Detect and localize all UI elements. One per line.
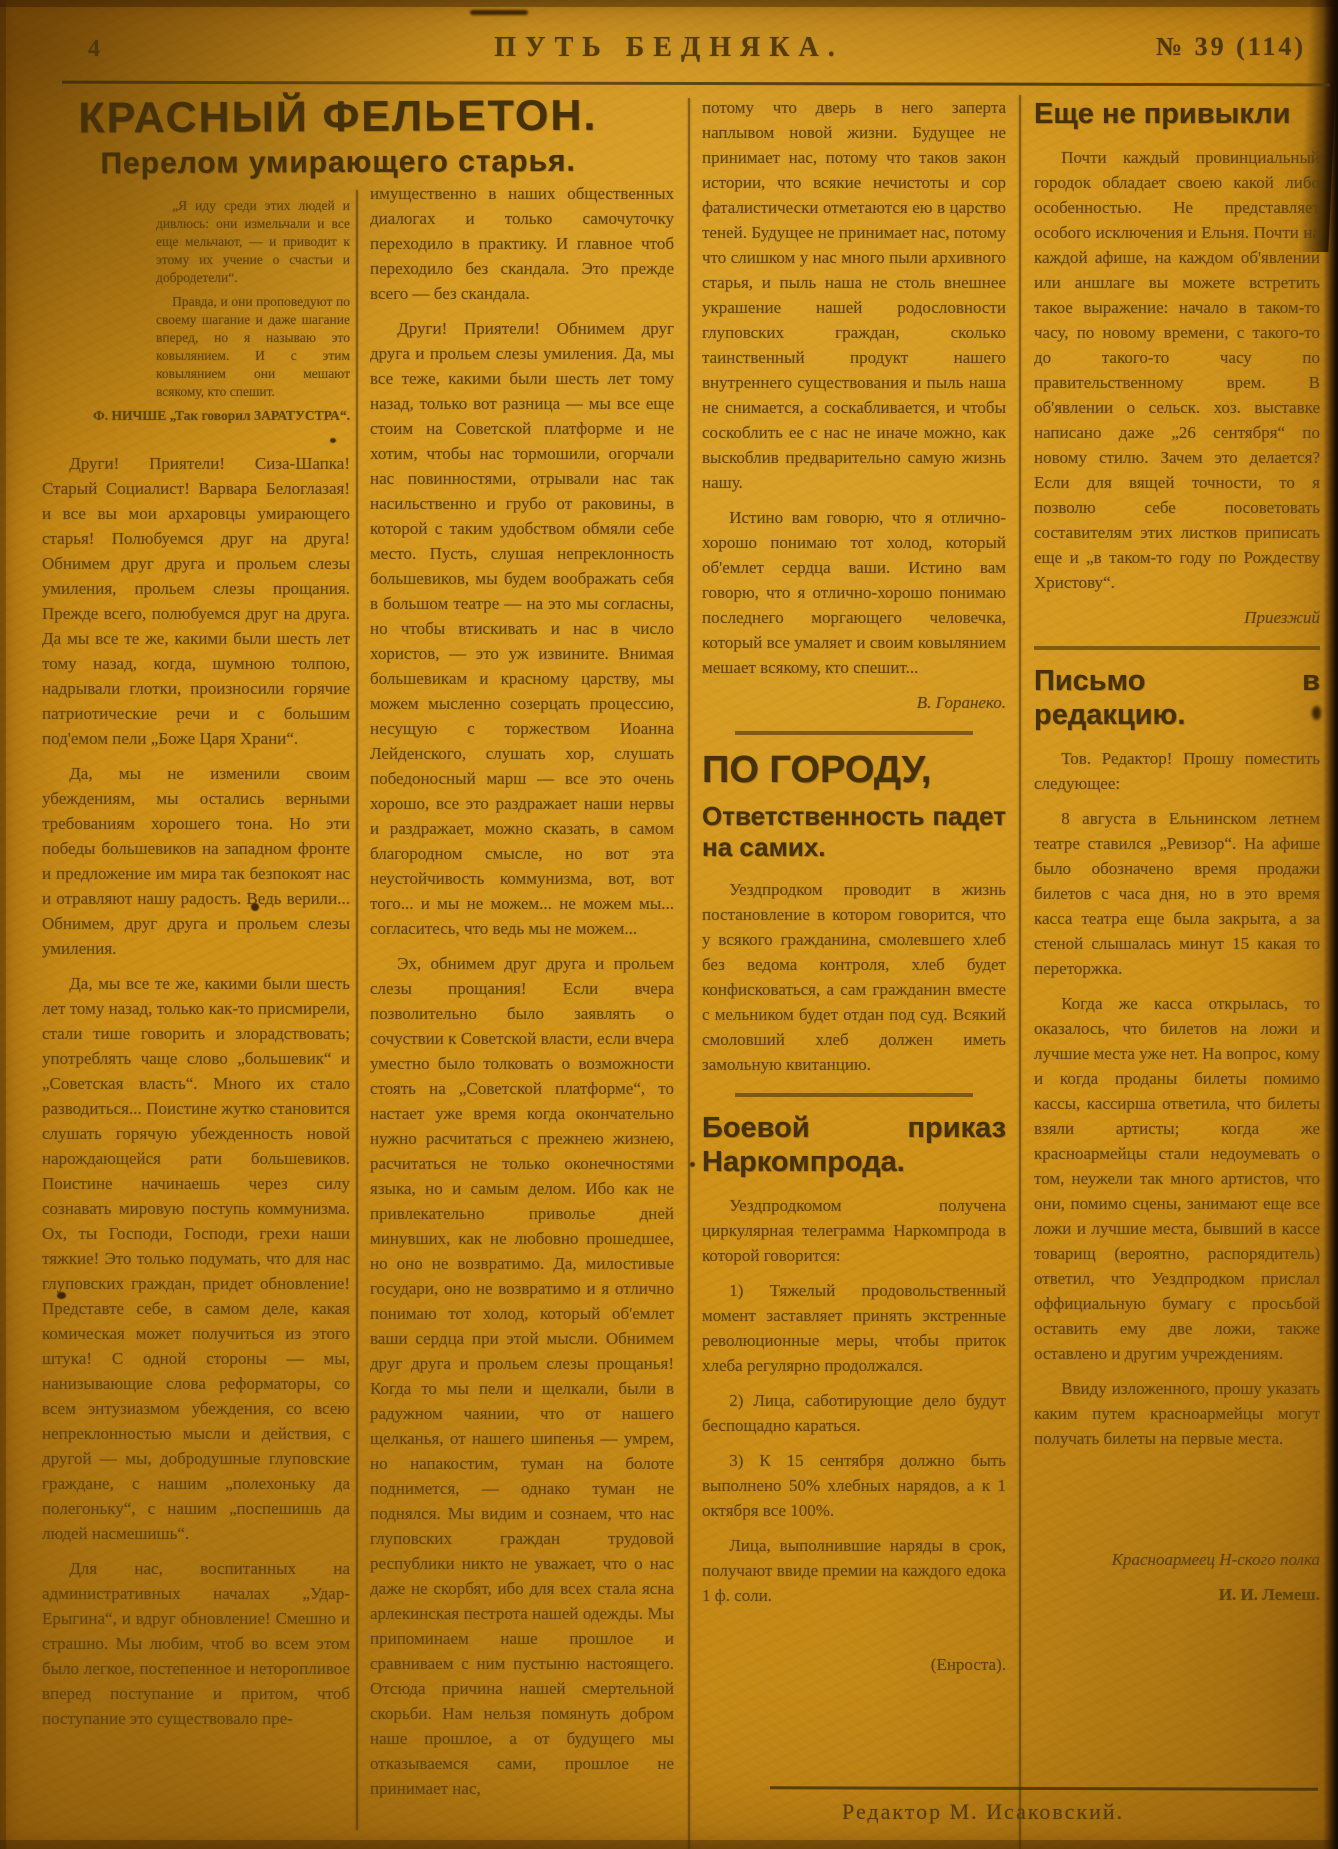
author-signature: Приезжий: [1034, 605, 1320, 630]
epigraph-attribution: Ф. НИЧШЕ „Так говорил ЗАРАТУСТРА“.: [42, 407, 350, 425]
editor-credit: Редактор М. Исаковский.: [842, 1799, 1262, 1825]
paragraph: Тов. Редактор! Прошу поместить следующее…: [1034, 746, 1320, 796]
epigraph-paragraph: Правда, и они проповедуют по своему шага…: [156, 293, 350, 401]
paragraph: 8 августа в Ельнинском летнем театре ста…: [1034, 806, 1320, 981]
column-2: имущественно в наших общественных диалог…: [370, 95, 674, 1849]
column-1: „Я иду среди этих людей и дивлюсь: они и…: [42, 95, 350, 1849]
list-item: 2) Лица, саботирующие дело будут беспоща…: [702, 1388, 1006, 1438]
column-divider: [688, 98, 690, 1849]
ink-speck: [470, 10, 528, 15]
ink-speck: [690, 1162, 695, 1167]
list-item: 1) Тяжелый продовольственный момент заст…: [702, 1278, 1006, 1378]
paragraph: Эх, обнимем друг друга и прольем слезы п…: [370, 951, 674, 1801]
epigraph-paragraph: „Я иду среди этих людей и дивлюсь: они и…: [156, 197, 350, 287]
paragraph: Ввиду изложенного, прошу указать каким п…: [1034, 1376, 1320, 1451]
boevoi-prikaz-title: Боевой приказ Наркомпрода.: [702, 1111, 1006, 1179]
paragraph: Лица, выполнившие наряды в срок, получаю…: [702, 1533, 1006, 1608]
header-rule: [62, 81, 1330, 87]
author-signature: В. Горанеко.: [702, 690, 1006, 715]
scan-edge-right: [1323, 0, 1338, 1849]
paragraph: Истино вам говорю, что я отлично-хорошо …: [702, 505, 1006, 680]
paragraph: Да, мы не изменили своим убеждениям, мы …: [42, 761, 350, 961]
column-divider: [1019, 95, 1021, 1849]
eshche-title: Еще не привыкли: [1034, 97, 1320, 131]
newspaper-page: 4 ПУТЬ БЕДНЯКА. № 39 (114) КРАСНЫЙ ФЕЛЬЕ…: [0, 0, 1338, 1849]
paragraph: имущественно в наших общественных диалог…: [370, 181, 674, 306]
po-gorodu-title: ПО ГОРОДУ,: [702, 749, 1006, 791]
column-divider: [356, 190, 358, 1830]
paragraph: Други! Приятели! Сиза-Шапка! Старый Соци…: [42, 451, 350, 751]
paragraph: Други! Приятели! Обнимем друг друга и пр…: [370, 316, 674, 941]
letter-signature-rank: Красноармеец Н-ского полка: [1034, 1547, 1320, 1572]
epigraph: „Я иду среди этих людей и дивлюсь: они и…: [156, 197, 350, 401]
scan-edge-left: [0, 0, 6, 1849]
agency-credit: (Енроста).: [702, 1652, 1006, 1677]
list-item: 3) К 15 сентября должно быть выполнено 5…: [702, 1448, 1006, 1523]
section-divider: [735, 1093, 972, 1097]
issue-number: № 39 (114): [1156, 32, 1306, 62]
column-3: потому что дверь в него заперта наплывом…: [702, 95, 1006, 1849]
masthead-title: ПУТЬ БЕДНЯКА.: [0, 32, 1338, 64]
paragraph: Уездпродком проводит в жизнь постановлен…: [702, 877, 1006, 1077]
letter-signature-name: И. И. Лемеш.: [1034, 1582, 1320, 1607]
paragraph: Для нас, воспитанных на административных…: [42, 1556, 350, 1731]
column-4: Еще не привыкли Почти каждый провинциаль…: [1034, 95, 1320, 1849]
paragraph: Да, мы все те же, какими были шесть лет …: [42, 971, 350, 1546]
paragraph: Почти каждый провинциальный городок обла…: [1034, 145, 1320, 595]
paragraph: Когда же касса открылась, то оказалось, …: [1034, 991, 1320, 1366]
section-divider: [735, 731, 972, 735]
scan-edge-top: [0, 0, 1338, 7]
pismo-title: Письмо в редакцию.: [1034, 664, 1320, 732]
paragraph: потому что дверь в него заперта наплывом…: [702, 95, 1006, 495]
paragraph: Уездпродкомом получена циркулярная телег…: [702, 1193, 1006, 1268]
section-divider: [1034, 646, 1320, 650]
po-gorodu-subtitle: Ответственность падет на самих.: [702, 801, 1006, 863]
